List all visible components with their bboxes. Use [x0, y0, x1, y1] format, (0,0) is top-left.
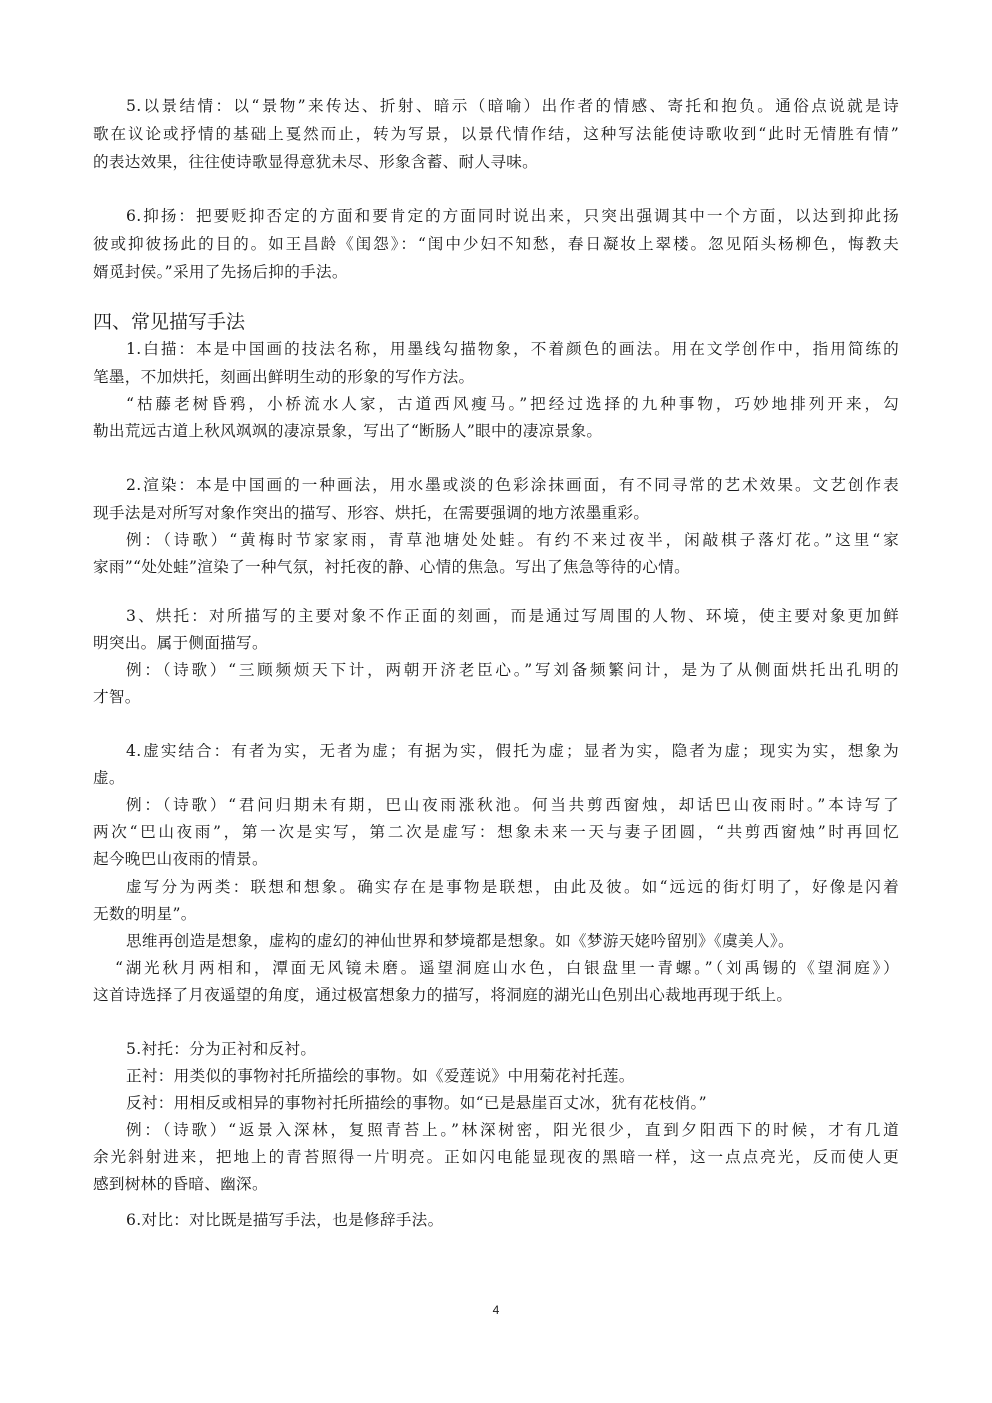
- paragraph-line: 5.衬托：分为正衬和反衬。: [93, 1036, 899, 1063]
- paragraph-line: “枯藤老树昏鸦，小桥流水人家，古道西风瘦马。”把经过选择的九种事物，巧妙地排列开…: [93, 391, 899, 418]
- paragraph-line: 彼或抑彼扬此的目的。如王昌龄《闺怨》：“闺中少妇不知愁，春日凝妆上翠楼。忽见陌头…: [93, 231, 899, 258]
- paragraph-line: 笔墨，不加烘托，刻画出鲜明生动的形象的写作方法。: [93, 364, 899, 391]
- paragraph-line: 两次“巴山夜雨”，第一次是实写，第二次是虚写：想象未来一天与妻子团圆，“共剪西窗…: [93, 819, 899, 846]
- paragraph-line: 思维再创造是想象，虚构的虚幻的神仙世界和梦境都是想象。如《梦游天姥吟留别》《虞美…: [93, 928, 899, 955]
- paragraph-line: 正衬：用类似的事物衬托所描绘的事物。如《爱莲说》中用菊花衬托莲。: [93, 1063, 899, 1090]
- paragraph-line: 1.白描：本是中国画的技法名称，用墨线勾描物象，不着颜色的画法。用在文学创作中，…: [93, 336, 899, 363]
- paragraph-line: 6.抑扬：把要贬抑否定的方面和要肯定的方面同时说出来，只突出强调其中一个方面，以…: [93, 203, 899, 230]
- paragraph-line: 感到树林的昏暗、幽深。: [93, 1171, 899, 1198]
- page-number: 4: [490, 1303, 502, 1317]
- paragraph-line: 反衬：用相反或相异的事物衬托所描绘的事物。如“已是悬崖百丈冰，犹有花枝俏。”: [93, 1090, 899, 1117]
- paragraph-line: 虚。: [93, 765, 899, 792]
- paragraph-line: 起今晚巴山夜雨的情景。: [93, 846, 899, 873]
- paragraph-line: 4.虚实结合：有者为实，无者为虚；有据为实，假托为虚；显者为实，隐者为虚；现实为…: [93, 738, 899, 765]
- paragraph-line: 无数的明星”。: [93, 901, 899, 928]
- paragraph-line: 才智。: [93, 684, 899, 711]
- section-heading: 四、常见描写手法: [93, 308, 245, 336]
- paragraph-line: 余光斜射进来，把地上的青苔照得一片明亮。正如闪电能显现夜的黑暗一样，这一点点亮光…: [93, 1144, 899, 1171]
- paragraph-line: 5.以景结情：以“景物”来传达、折射、暗示（暗喻）出作者的情感、寄托和抱负。通俗…: [93, 93, 899, 120]
- paragraph-line: 例：（诗歌）“黄梅时节家家雨，青草池塘处处蛙。有约不来过夜半，闲敲棋子落灯花。”…: [93, 527, 899, 554]
- paragraph-line: 勒出荒远古道上秋风飒飒的凄凉景象，写出了“断肠人”眼中的凄凉景象。: [93, 418, 899, 445]
- paragraph-line: 例：（诗歌）“三顾频烦天下计，两朝开济老臣心。”写刘备频繁问计，是为了从侧面烘托…: [93, 657, 899, 684]
- paragraph-line: 这首诗选择了月夜遥望的角度，通过极富想象力的描写，将洞庭的湖光山色别出心裁地再现…: [93, 982, 899, 1009]
- paragraph-line: 例：（诗歌）“返景入深林，复照青苔上。”林深树密，阳光很少，直到夕阳西下的时候，…: [93, 1117, 899, 1144]
- paragraph-line: 婿觅封侯。”采用了先扬后抑的手法。: [93, 259, 899, 286]
- paragraph-line: 家雨”“处处蛙”渲染了一种气氛，衬托夜的静、心情的焦急。写出了焦急等待的心情。: [93, 554, 899, 581]
- paragraph-line: 6.对比：对比既是描写手法，也是修辞手法。: [93, 1207, 899, 1234]
- paragraph-line: 虚写分为两类：联想和想象。确实存在是事物是联想，由此及彼。如“远远的街灯明了，好…: [93, 874, 899, 901]
- paragraph-line: 3、烘托：对所描写的主要对象不作正面的刻画，而是通过写周围的人物、环境，使主要对…: [93, 603, 899, 630]
- paragraph-line: 例：（诗歌）“君问归期未有期，巴山夜雨涨秋池。何当共剪西窗烛，却话巴山夜雨时。”…: [93, 792, 899, 819]
- paragraph-line: “湖光秋月两相和，潭面无风镜未磨。遥望洞庭山水色，白银盘里一青螺。”（刘禹锡的《…: [93, 955, 899, 982]
- paragraph-line: 歌在议论或抒情的基础上戛然而止，转为写景，以景代情作结，这种写法能使诗歌收到“此…: [93, 121, 899, 148]
- paragraph-line: 的表达效果，往往使诗歌显得意犹未尽、形象含蓄、耐人寻味。: [93, 149, 899, 176]
- paragraph-line: 明突出。属于侧面描写。: [93, 630, 899, 657]
- paragraph-line: 2.渲染：本是中国画的一种画法，用水墨或淡的色彩涂抹画面，有不同寻常的艺术效果。…: [93, 472, 899, 499]
- paragraph-line: 现手法是对所写对象作突出的描写、形容、烘托，在需要强调的地方浓墨重彩。: [93, 500, 899, 527]
